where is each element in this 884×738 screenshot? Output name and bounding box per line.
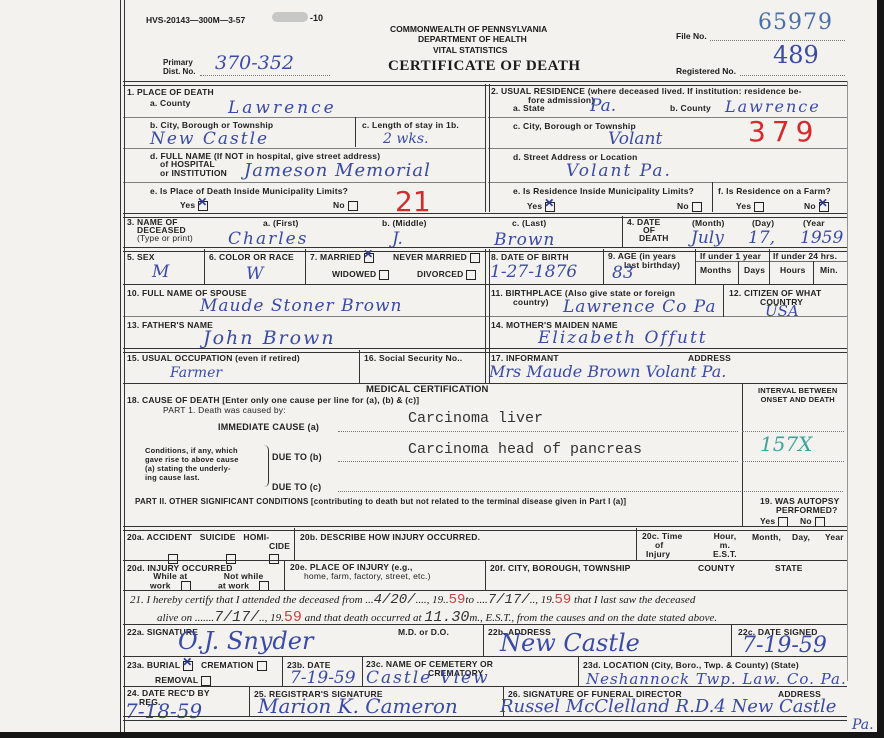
rule: [738, 261, 739, 285]
place-of-death-label: 1. PLACE OF DEATH: [127, 87, 214, 97]
spouse-value: Maude Stoner Brown: [200, 297, 402, 315]
primary-dist-value: 370-352: [215, 54, 294, 72]
hospital-label-2: of HOSPITALor INSTITUTION: [160, 160, 227, 178]
first-name-label: a. (First): [263, 218, 299, 228]
farm-label: f. Is Residence on a Farm?: [718, 186, 831, 196]
dob-label: 8. DATE OF BIRTH: [491, 252, 569, 262]
race-label: 6. COLOR OR RACE: [209, 252, 294, 262]
cemetery-value: Castle View: [366, 669, 490, 687]
rule: [488, 148, 847, 149]
removal-checkbox[interactable]: REMOVAL: [155, 675, 211, 686]
rule: [769, 249, 770, 285]
rule: [282, 656, 283, 687]
occupation-label: 15. USUAL OCCUPATION (even if retired): [127, 353, 300, 363]
rule: [284, 560, 285, 590]
funeral-address-state: Pa.: [852, 716, 874, 734]
death-county-value: Lawrence: [228, 99, 337, 117]
county-label: a. County: [150, 98, 191, 108]
state-label: a. State: [513, 103, 545, 113]
cremation-checkbox[interactable]: CREMATION: [201, 660, 267, 671]
rule: [485, 560, 486, 590]
agency-line-3: VITAL STATISTICS: [433, 45, 507, 55]
residence-state-value: Pa.: [590, 97, 616, 115]
homicide-checkbox[interactable]: [266, 550, 279, 568]
union-mark: -10: [310, 13, 323, 23]
part1-label: PART 1. Death was caused by:: [163, 405, 286, 415]
red-code-21: 21: [395, 188, 431, 216]
under-1yr-label: If under 1 year: [700, 251, 761, 261]
dotted-line: [338, 431, 738, 432]
rule: [123, 284, 847, 285]
burial-date-value: 7-19-59: [290, 669, 356, 687]
registered-no-value: 489: [773, 46, 819, 64]
informant-value: Mrs Maude Brown Volant Pa.: [489, 363, 726, 381]
occupation-value: Farmer: [170, 364, 222, 382]
death-inside-limits-no[interactable]: No: [333, 200, 358, 211]
certification-line-1: 21. I hereby certify that I attended the…: [130, 592, 695, 608]
name-of-deceased-label: 3. NAME OFDECEASED(Type or print): [127, 218, 193, 242]
ssn-label: 16. Social Security No..: [364, 353, 462, 363]
last-name-label: c. (Last): [512, 218, 546, 228]
farm-no[interactable]: No: [804, 201, 829, 212]
dob-value: 1-27-1876: [490, 263, 577, 281]
rule: [813, 261, 814, 285]
injury-state-label: STATE: [775, 563, 803, 573]
dotted-line: [740, 75, 845, 76]
rule: [603, 249, 604, 285]
death-inside-limits-yes[interactable]: Yes: [180, 200, 208, 211]
burial-checkbox[interactable]: 23a. BURIAL: [127, 660, 193, 671]
days-label: Days: [744, 265, 765, 275]
stay-label: c. Length of stay in 1b.: [362, 120, 459, 130]
rule: [847, 81, 848, 681]
death-month-value: July: [691, 229, 724, 247]
rule: [305, 249, 306, 285]
residence-county-label: b. County: [670, 103, 711, 113]
birthplace-value: Lawrence Co Pa: [563, 298, 717, 316]
residence-limits-no[interactable]: No: [677, 201, 702, 212]
accident-label: 20a. ACCIDENT SUICIDE HOMI-: [127, 532, 269, 542]
physician-address-value: New Castle: [500, 630, 640, 656]
rule: [123, 624, 847, 625]
injury-year-label: Year: [825, 532, 844, 542]
divorced-checkbox[interactable]: DIVORCED: [417, 269, 476, 280]
medical-certification-title: MEDICAL CERTIFICATION: [366, 385, 489, 395]
rule: [123, 117, 485, 118]
agency-line-2: DEPARTMENT OF HEALTH: [418, 34, 527, 44]
part2-label: PART II. OTHER SIGNIFICANT CONDITIONS [c…: [135, 497, 626, 507]
file-no-label: File No.: [676, 31, 707, 41]
middle-name-value: J.: [392, 230, 403, 248]
describe-injury-label: 20b. DESCRIBE HOW INJURY OCCURRED.: [300, 532, 480, 542]
form-code: HVS-20143—300M—3-57: [146, 15, 245, 25]
residence-city-value: Volant: [608, 130, 662, 148]
birthplace-label-2: country): [513, 297, 549, 307]
injury-month-label: Month,: [752, 532, 781, 542]
conditions-note: Conditions, if any, whichgave rise to ab…: [145, 446, 239, 482]
months-label: Months: [700, 265, 731, 275]
physician-signature: O.J. Snyder: [178, 628, 313, 654]
md-do-label: M.D. or D.O.: [398, 627, 449, 637]
rule: [294, 528, 295, 560]
dotted-line: [742, 461, 844, 462]
rule: [123, 686, 847, 687]
rule: [123, 148, 485, 149]
race-value: W: [246, 265, 263, 283]
mother-value: Elizabeth Offutt: [538, 329, 708, 347]
middle-name-label: b. (Middle): [382, 218, 427, 228]
due-to-b-value: Carcinoma head of pancreas: [408, 441, 642, 458]
day-label: (Day): [752, 218, 774, 228]
rule: [483, 624, 484, 656]
rule: [622, 216, 623, 248]
sex-value: M: [152, 263, 169, 281]
rule: [204, 249, 205, 285]
rule: [488, 182, 847, 183]
widowed-checkbox[interactable]: WIDOWED: [332, 269, 389, 280]
rule: [723, 284, 724, 317]
hours-label: Hours: [780, 265, 806, 275]
due-to-c-label: DUE TO (c): [272, 482, 321, 492]
page-title: CERTIFICATE OF DEATH: [388, 58, 581, 75]
year-label: (Year: [803, 218, 825, 228]
rule: [123, 656, 847, 657]
death-day-value: 17,: [748, 229, 775, 247]
rule: [249, 686, 250, 716]
stay-value: 2 wks.: [383, 130, 428, 148]
month-label: (Month): [692, 218, 725, 228]
dotted-line: [338, 461, 738, 462]
while-at-work[interactable]: While atwork: [150, 572, 191, 591]
injury-city-label: 20f. CITY, BOROUGH, TOWNSHIP: [490, 563, 631, 573]
autopsy-label: 19. WAS AUTOPSYPERFORMED?: [760, 497, 840, 515]
rule: [742, 384, 743, 527]
date-of-death-label: 4. DATEOFDEATH: [627, 218, 669, 242]
rule: [123, 213, 847, 218]
rule: [636, 528, 637, 560]
hour-label: Hour,m.E.S.T.: [713, 532, 737, 559]
time-of-injury-label: 20c. TimeofInjury: [642, 532, 682, 559]
dotted-line: [200, 75, 330, 76]
under-24h-label: If under 24 hrs.: [773, 251, 837, 261]
rule: [123, 526, 847, 531]
rule: [123, 590, 847, 591]
rule: [362, 656, 363, 687]
cause-of-death-label: 18. CAUSE OF DEATH [Enter only one cause…: [127, 395, 419, 405]
age-value: 83: [612, 264, 634, 282]
death-city-value: New Castle: [150, 130, 269, 148]
not-while-at-work[interactable]: Not whileat work: [218, 572, 269, 591]
min-label: Min.: [820, 265, 838, 275]
never-married-checkbox[interactable]: NEVER MARRIED: [393, 252, 480, 263]
rule: [695, 249, 696, 285]
rule: [695, 261, 847, 262]
red-code-379: 379: [748, 118, 819, 146]
location-label: 23d. LOCATION (City, Boro., Twp. & Count…: [583, 660, 799, 670]
father-label: 13. FATHER'S NAME: [127, 320, 213, 330]
rule: [123, 716, 847, 721]
rule: [359, 350, 360, 384]
residence-county-value: Lawrence: [725, 98, 821, 116]
injury-day-label: Day,: [792, 532, 810, 542]
rule: [355, 117, 356, 147]
agency-line-1: COMMONWEALTH OF PENNSYLVANIA: [390, 24, 547, 34]
residence-limits-label: e. Is Residence Inside Municipality Limi…: [513, 186, 694, 196]
immediate-cause-value: Carcinoma liver: [408, 410, 543, 427]
date-signed-value: 7-19-59: [742, 634, 827, 658]
citizen-value: USA: [765, 302, 799, 320]
interval-code: 157X: [760, 435, 812, 453]
registered-no-label: Registered No.: [676, 66, 736, 76]
residence-limits-yes[interactable]: Yes: [527, 201, 555, 212]
file-no-value: 65979: [758, 10, 833, 35]
form-border-left: [120, 0, 125, 732]
rule: [731, 624, 732, 656]
immediate-cause-label: IMMEDIATE CAUSE (a): [218, 422, 319, 432]
place-of-injury-label: 20e. PLACE OF INJURY (e.g.,home, farm, f…: [290, 563, 431, 581]
injury-county-label: COUNTY: [698, 563, 735, 573]
rule: [712, 182, 713, 212]
dotted-line: [338, 491, 843, 492]
scan-edge-right: [877, 0, 884, 738]
due-to-b-label: DUE TO (b): [272, 452, 322, 462]
inside-limits-label: e. Is Place of Death Inside Municipality…: [150, 186, 348, 196]
rule: [123, 182, 485, 183]
death-year-value: 1959: [800, 229, 843, 247]
rule: [123, 316, 847, 317]
married-checkbox[interactable]: 7. MARRIED: [310, 252, 374, 263]
first-name-value: Charles: [228, 230, 308, 248]
funeral-director-signature: Russel McClelland R.D.4 New Castle: [500, 698, 836, 716]
rule: [578, 656, 579, 687]
brace: [264, 445, 269, 487]
father-value: John Brown: [203, 329, 336, 347]
sex-label: 5. SEX: [127, 252, 155, 262]
union-bug-icon: [272, 12, 308, 22]
residence-street-value: Volant Pa.: [566, 162, 672, 180]
scan-edge-bottom: [0, 732, 884, 738]
registrar-signature: Marion K. Cameron: [258, 697, 458, 715]
primary-dist-label: PrimaryDist. No.: [163, 58, 195, 76]
hospital-value: Jameson Memorial: [244, 162, 431, 180]
interval-label: INTERVAL BETWEENONSET AND DEATH: [758, 386, 837, 404]
farm-yes[interactable]: Yes: [736, 201, 764, 212]
